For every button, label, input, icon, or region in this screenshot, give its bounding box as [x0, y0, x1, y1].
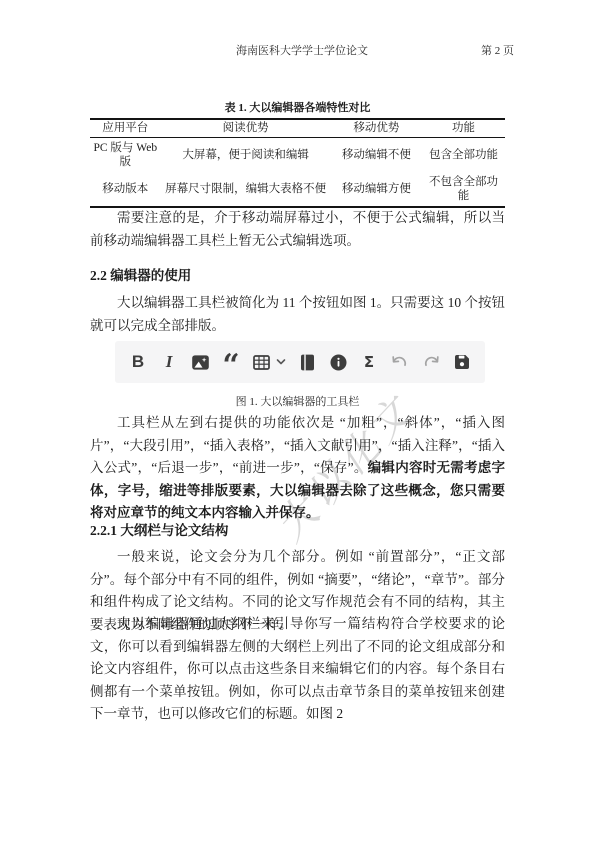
- header-title: 海南医科大学学士学位论文: [90, 42, 514, 58]
- table-caption: 表 1. 大以编辑器各端特性对比: [90, 99, 505, 115]
- table-cell: 包含全部功能: [422, 138, 505, 173]
- editor-toolbar-figure: B I “: [115, 341, 485, 383]
- table-icon: [252, 353, 271, 372]
- thesis-page: 海南医科大学学士学位论文 第 2 页 大以化文 表 1. 大以编辑器各端特性对比…: [0, 0, 595, 842]
- table-row: 移动版本 屏幕尺寸限制，编辑大表格不便 移动编辑方便 不包含全部功能: [90, 172, 505, 207]
- paragraph: 大以编辑器通过大纲栏来引导你写一篇结构符合学校要求的论文，你可以看到编辑器左侧的…: [90, 613, 505, 726]
- column-header: 应用平台: [90, 119, 161, 138]
- section-heading-2-2: 2.2 编辑器的使用: [90, 264, 505, 284]
- page-number: 第 2 页: [481, 42, 514, 58]
- column-header: 移动优势: [331, 119, 422, 138]
- undo-icon: [390, 351, 410, 373]
- paragraph: 大以编辑器工具栏被简化为 11 个按钮如图 1。只需要这 10 个按钮就可以完成…: [90, 292, 505, 337]
- insert-citation-icon: [297, 351, 317, 373]
- table-header-row: 应用平台 阅读优势 移动优势 功能: [90, 119, 505, 138]
- insert-image-icon: [190, 351, 210, 373]
- insert-footnote-info-icon: [328, 351, 348, 373]
- chevron-down-icon: [276, 358, 286, 366]
- italic-icon: I: [159, 351, 179, 373]
- section-heading-2-2-1: 2.2.1 大纲栏与论文结构: [90, 519, 505, 539]
- column-header: 阅读优势: [161, 119, 331, 138]
- table-row: PC 版与 Web 版 大屏幕，便于阅读和编辑 移动编辑不便 包含全部功能: [90, 138, 505, 173]
- table-cell: 大屏幕，便于阅读和编辑: [161, 138, 331, 173]
- column-header: 功能: [422, 119, 505, 138]
- insert-table-button: [252, 351, 286, 373]
- table-cell: 移动编辑方便: [331, 172, 422, 207]
- paragraph: 需要注意的是，介于移动端屏幕过小，不便于公式编辑，所以当前移动端编辑器工具栏上暂…: [90, 207, 505, 252]
- blockquote-icon: “: [221, 351, 241, 373]
- table-cell: 移动版本: [90, 172, 161, 207]
- table-cell: PC 版与 Web 版: [90, 138, 161, 173]
- paragraph: 工具栏从左到右提供的功能依次是 “加粗”，“斜体”，“插入图片”，“大段引用”，…: [90, 412, 505, 525]
- table-cell: 屏幕尺寸限制，编辑大表格不便: [161, 172, 331, 207]
- insert-formula-sigma-icon: Σ: [359, 351, 379, 373]
- figure-caption: 图 1. 大以编辑器的工具栏: [90, 393, 505, 409]
- table-cell: 移动编辑不便: [331, 138, 422, 173]
- bold-icon: B: [128, 351, 148, 373]
- save-icon: [452, 351, 472, 373]
- table-cell: 不包含全部功能: [422, 172, 505, 207]
- page-header: 海南医科大学学士学位论文 第 2 页: [90, 42, 514, 58]
- redo-icon: [421, 351, 441, 373]
- comparison-table: 应用平台 阅读优势 移动优势 功能 PC 版与 Web 版 大屏幕，便于阅读和编…: [90, 118, 505, 208]
